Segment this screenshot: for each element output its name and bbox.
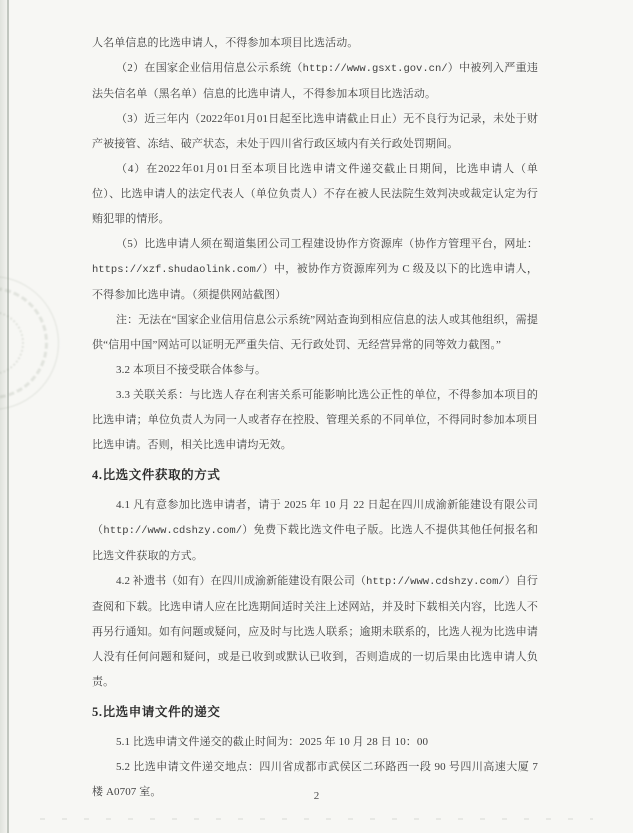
shudaolink-url-text: https://xzf.shudaolink.com/ — [92, 264, 262, 276]
paragraph-4-2: 4.2 补遗书（如有）在四川成渝新能建设有限公司（http://www.cdsh… — [92, 569, 538, 695]
paragraph-5-1: 5.1 比选申请文件递交的截止时间为：2025 年 10 月 28 日 10：0… — [92, 730, 538, 755]
paragraph-clause-5: （5）比选申请人须在蜀道集团公司工程建设协作方资源库（协作方管理平台，网址：ht… — [92, 232, 538, 308]
paragraph-3-2: 3.2 本项目不接受联合体参与。 — [92, 358, 538, 383]
paragraph-4-1: 4.1 凡有意参加比选申请者，请于 2025 年 10 月 22 日起在四川成渝… — [92, 493, 538, 569]
cdshzy-url-text-2: http://www.cdshzy.com/ — [366, 576, 505, 588]
document-body: 人名单信息的比选申请人，不得参加本项目比选活动。 （2）在国家企业信用信息公示系… — [92, 31, 538, 805]
scanned-document-page: 人名单信息的比选申请人，不得参加本项目比选活动。 （2）在国家企业信用信息公示系… — [0, 0, 633, 833]
paragraph-clause-2: （2）在国家企业信用信息公示系统（http://www.gsxt.gov.cn/… — [92, 56, 538, 107]
clause-4-2-text-pre: 4.2 补遗书（如有）在四川成渝新能建设有限公司（ — [116, 575, 366, 587]
paragraph-clause-4: （4）在2022年01月01日至本项目比选申请文件递交截止日期间，比选申请人（单… — [92, 157, 538, 232]
paragraph-clause-3: （3）近三年内（2022年01月01日起至比选申请截止日止）无不良行为记录，未处… — [92, 107, 538, 157]
gsxt-url-text: http://www.gsxt.gov.cn/ — [303, 63, 448, 75]
clause-4-2-text-post: ）自行查阅和下载。比选申请人应在比选期间适时关注上述网站，并及时下载相关内容，比… — [92, 575, 538, 688]
section-heading-4: 4.比选文件获取的方式 — [92, 463, 538, 488]
scan-bottom-noise — [40, 818, 593, 820]
faint-round-stamp — [0, 262, 73, 424]
cdshzy-url-text-1: http://www.cdshzy.com/ — [103, 525, 242, 537]
scan-edge-shadow — [0, 0, 7, 833]
scan-edge-line — [7, 0, 9, 833]
clause-5-text-pre: （5）比选申请人须在蜀道集团公司工程建设协作方资源库（协作方管理平台，网址： — [116, 238, 538, 250]
clause-2-text-pre: （2）在国家企业信用信息公示系统（ — [116, 62, 303, 74]
paragraph-continuation: 人名单信息的比选申请人，不得参加本项目比选活动。 — [92, 31, 538, 56]
page-number: 2 — [0, 790, 633, 802]
paragraph-note: 注：无法在“国家企业信用信息公示系统”网站查询到相应信息的法人或其他组织，需提供… — [92, 308, 538, 358]
paragraph-3-3: 3.3 关联关系：与比选人存在利害关系可能影响比选公正性的单位，不得参加本项目的… — [92, 383, 538, 458]
section-heading-5: 5.比选申请文件的递交 — [92, 700, 538, 725]
